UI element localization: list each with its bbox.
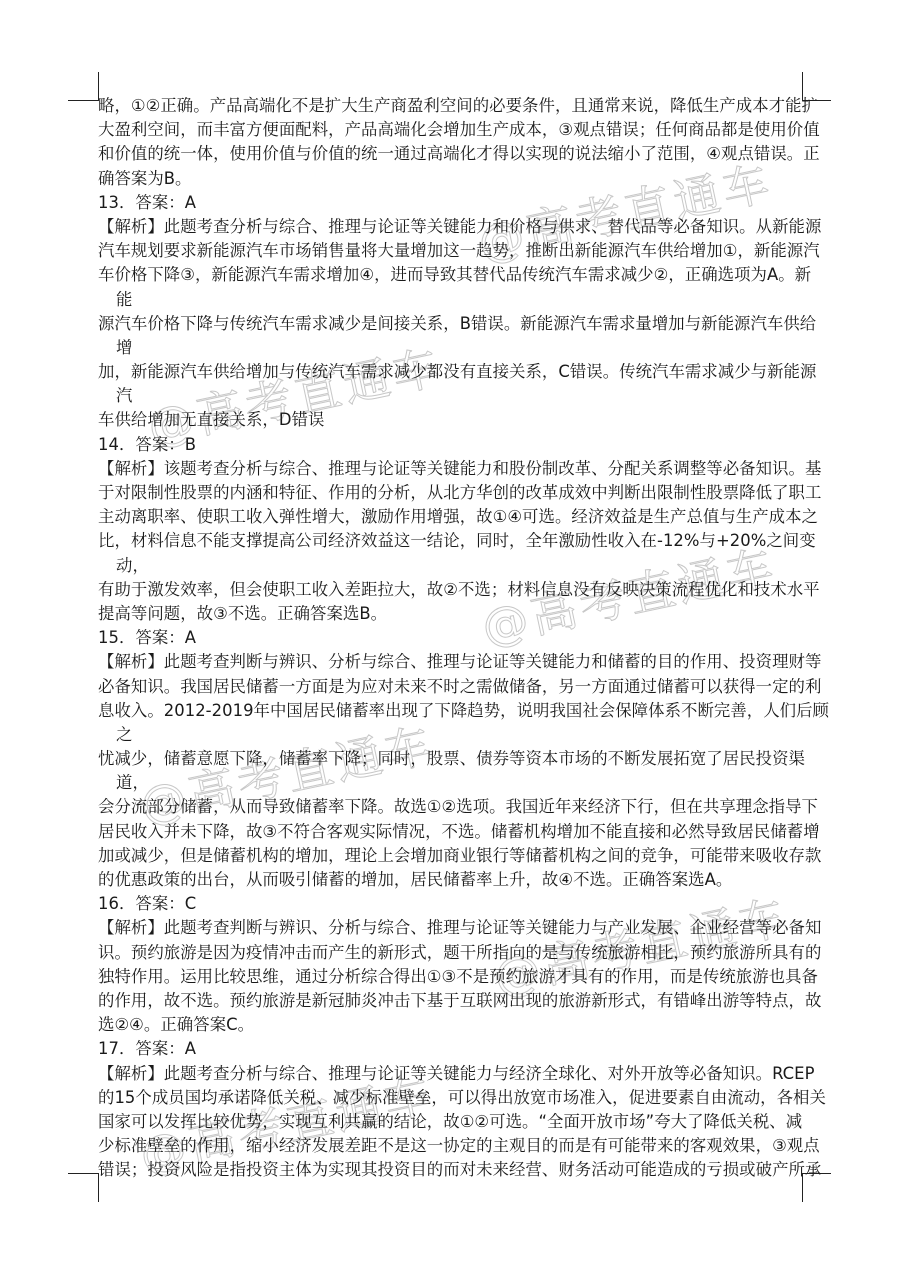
text-line: 国家可以发挥比较优势，实现互利共赢的结论，故①②可选。“全面开放市场”夸大了降低… <box>98 1110 804 1134</box>
text-line: 略，①②正确。产品高端化不是扩大生产商盈利空间的必要条件，且通常来说，降低生产成… <box>98 94 804 118</box>
text-line: 【解析】此题考查分析与综合、推理与论证等关键能力与经济全球化、对外开放等必备知识… <box>98 1062 804 1086</box>
text-line: 加，新能源汽车供给增加与传统汽车需求减少都没有直接关系，C错误。传统汽车需求减少… <box>98 360 804 384</box>
text-line: 大盈利空间，而丰富方便面配料，产品高端化会增加生产成本，③观点错误；任何商品都是… <box>98 118 804 142</box>
text-line: 忧减少，储蓄意愿下降，储蓄率下降；同时，股票、债券等资本市场的不断发展拓宽了居民… <box>98 747 804 771</box>
answer-heading: 17．答案：A <box>98 1037 804 1061</box>
document-page: @高考直通车 @高考直通车 @高考直通车 @高考直通车 @高考直通车 @高考直通… <box>0 0 900 1272</box>
answer-heading: 13．答案：A <box>98 191 804 215</box>
text-line: 独特作用。运用比较思维，通过分析综合得出①③不是预约旅游才具有的作用，而是传统旅… <box>98 965 804 989</box>
text-line: 比，材料信息不能支撑提高公司经济效益这一结论，同时，全年激励性收入在-12%与+… <box>98 529 804 553</box>
text-line: 增 <box>98 336 804 360</box>
text-line: 车供给增加无直接关系，D错误 <box>98 408 804 432</box>
text-line: 【解析】此题考查判断与辨识、分析与综合、推理与论证等关键能力和储蓄的目的作用、投… <box>98 650 804 674</box>
text-line: 汽 <box>98 384 804 408</box>
text-line: 之 <box>98 723 804 747</box>
text-line: 的15个成员国均承诺降低关税、减少标准壁垒，可以得出放宽市场准入，促进要素自由流… <box>98 1086 804 1110</box>
text-line: 源汽车价格下降与传统汽车需求减少是间接关系，B错误。新能源汽车需求量增加与新能源… <box>98 312 804 336</box>
answer-heading: 15．答案：A <box>98 626 804 650</box>
text-line: 有助于激发效率，但会使职工收入差距拉大，故②不选；材料信息没有反映决策流程优化和… <box>98 578 804 602</box>
text-line: 的作用，故不选。预约旅游是新冠肺炎冲击下基于互联网出现的旅游新形式，有错峰出游等… <box>98 989 804 1013</box>
text-line: 少标准壁垒的作用，缩小经济发展差距不是这一协定的主观目的而是有可能带来的客观效果… <box>98 1134 804 1158</box>
crop-mark-bottom-left <box>68 1173 99 1202</box>
text-line: 选②④。正确答案C。 <box>98 1013 804 1037</box>
crop-mark-top-left <box>68 72 99 101</box>
text-line: 【解析】此题考查分析与综合、推理与论证等关键能力和价格与供求、替代品等必备知识。… <box>98 215 804 239</box>
text-line: 提高等问题，故③不选。正确答案选B。 <box>98 602 804 626</box>
answer-heading: 14．答案：B <box>98 433 804 457</box>
document-body: 略，①②正确。产品高端化不是扩大生产商盈利空间的必要条件，且通常来说，降低生产成… <box>98 94 804 1182</box>
text-line: 居民收入并未下降，故③不符合客观实际情况，不选。储蓄机构增加不能直接和必然导致居… <box>98 820 804 844</box>
text-line: 于对限制性股票的内涵和特征、作用的分析，从北方华创的改革成效中判断出限制性股票降… <box>98 481 804 505</box>
text-line: 汽车规划要求新能源汽车市场销售量将大量增加这一趋势，推断出新能源汽车供给增加①，… <box>98 239 804 263</box>
text-line: 车价格下降③，新能源汽车需求增加④，进而导致其替代品传统汽车需求减少②，正确选项… <box>98 263 804 287</box>
text-line: 会分流部分储蓄，从而导致储蓄率下降。故选①②选项。我国近年来经济下行，但在共享理… <box>98 795 804 819</box>
text-line: 能 <box>98 288 804 312</box>
text-line: 主动离职率、使职工收入弹性增大，激励作用增强，故①④可选。经济效益是生产总值与生… <box>98 505 804 529</box>
text-line: 确答案为B。 <box>98 167 804 191</box>
text-line: 道， <box>98 771 804 795</box>
text-line: 错误；投资风险是指投资主体为实现其投资目的而对未来经营、财务活动可能造成的亏损或… <box>98 1158 804 1182</box>
text-line: 动， <box>98 554 804 578</box>
text-line: 识。预约旅游是因为疫情冲击而产生的新形式，题干所指向的是与传统旅游相比，预约旅游… <box>98 941 804 965</box>
text-line: 【解析】此题考查判断与辨识、分析与综合、推理与论证等关键能力与产业发展、企业经营… <box>98 916 804 940</box>
text-line: 加或减少，但是储蓄机构的增加，理论上会增加商业银行等储蓄机构之间的竞争，可能带来… <box>98 844 804 868</box>
text-line: 息收入。2012-2019年中国居民储蓄率出现了下降趋势，说明我国社会保障体系不… <box>98 699 804 723</box>
answer-heading: 16．答案：C <box>98 892 804 916</box>
text-line: 必备知识。我国居民储蓄一方面是为应对未来不时之需做储备，另一方面通过储蓄可以获得… <box>98 675 804 699</box>
text-line: 【解析】该题考查分析与综合、推理与论证等关键能力和股份制改革、分配关系调整等必备… <box>98 457 804 481</box>
text-line: 和价值的统一体，使用价值与价值的统一通过高端化才得以实现的说法缩小了范围，④观点… <box>98 142 804 166</box>
text-line: 的优惠政策的出台，从而吸引储蓄的增加，居民储蓄率上升，故④不选。正确答案选A。 <box>98 868 804 892</box>
